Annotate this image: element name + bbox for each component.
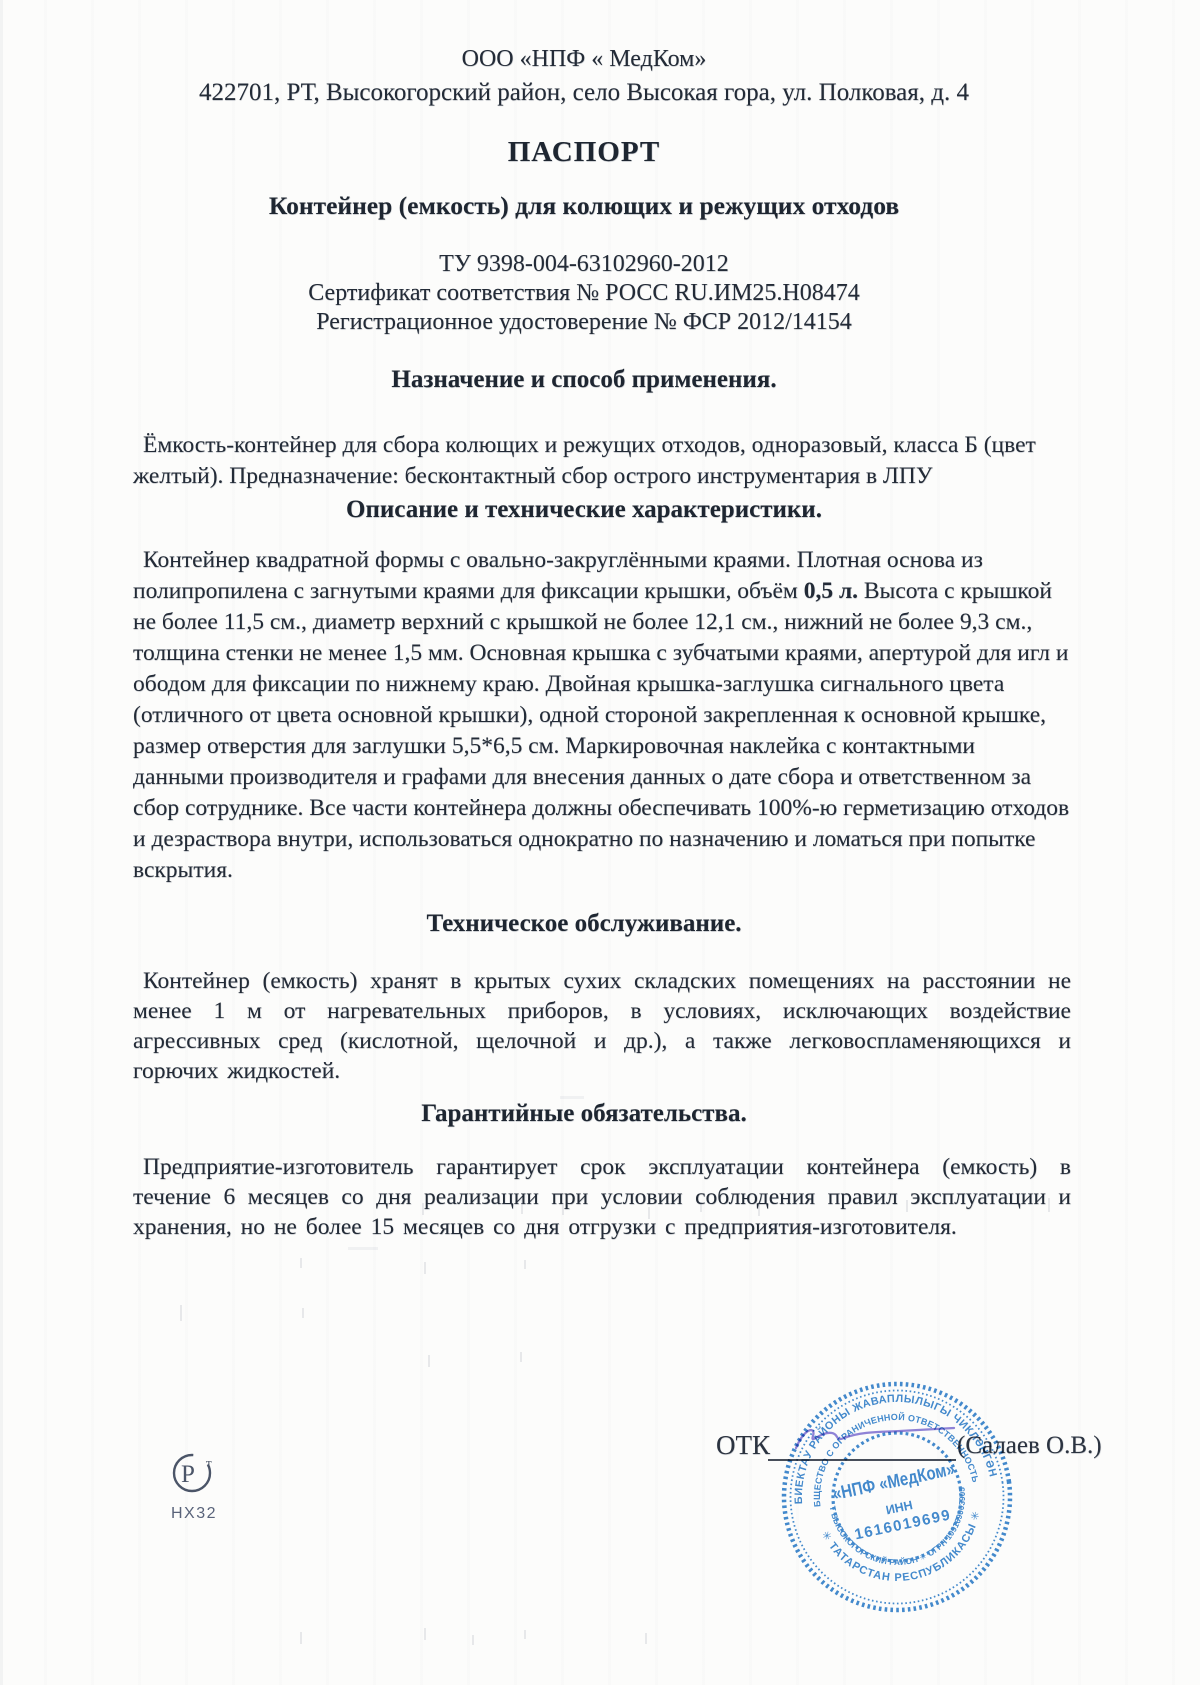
document-subtitle: Контейнер (емкость) для колющих и режущи… — [0, 191, 1168, 221]
company-address: 422701, РТ, Высокогорский район, село Вы… — [0, 79, 1168, 107]
scan-noise-mark — [521, 1200, 523, 1214]
paragraph-warranty: Предприятие-изготовитель гарантирует сро… — [133, 1152, 1071, 1242]
rostest-certification-mark: Р т НХ32 — [156, 1450, 232, 1523]
scan-noise-mark — [180, 1305, 182, 1321]
description-volume-bold: 0,5 л. — [804, 578, 858, 604]
tu-number: ТУ 9398-004-63102960-2012 — [0, 250, 1168, 279]
scan-noise-mark — [524, 1630, 526, 1639]
scan-noise-mark — [562, 1205, 564, 1215]
scan-noise-mark — [300, 1258, 302, 1268]
heading-warranty: Гарантийные обязательства. — [0, 1100, 1168, 1128]
paragraph-maintenance: Контейнер (емкость) хранят в крытых сухи… — [133, 966, 1071, 1086]
scanned-passport-document: { "header": { "company": "ООО «НПФ « Мед… — [0, 0, 1200, 1685]
registration-number: Регистрационное удостоверение № ФСР 2012… — [0, 308, 1168, 337]
pct-gost-icon: Р т — [164, 1450, 224, 1502]
scan-noise-mark — [648, 1207, 650, 1219]
stamp-org-name: «НПФ «МедКом» — [831, 1458, 957, 1504]
scan-noise-mark — [424, 1628, 426, 1640]
scan-noise-mark — [302, 1308, 304, 1318]
scan-noise-smudge — [560, 1096, 584, 1099]
certificate-number: Сертификат соответствия № РОСС RU.ИМ25.Н… — [0, 279, 1168, 308]
document-title: ПАСПОРТ — [0, 136, 1168, 169]
company-name: ООО «НПФ « МедКом» — [0, 46, 1168, 73]
scan-noise-mark — [758, 1204, 760, 1216]
company-round-stamp: БИЕКТАУ РАЙОНЫ ЖАВАПЛЫЛЫГЫ ЧИКЛӘНГӘН ✳ Т… — [779, 1379, 1015, 1615]
scan-noise-mark — [645, 1633, 647, 1644]
scan-noise-mark — [524, 1260, 526, 1269]
scan-noise-mark — [428, 1355, 430, 1367]
heading-description: Описание и технические характеристики. — [0, 496, 1168, 524]
heading-purpose: Назначение и способ применения. — [0, 366, 1168, 394]
otk-label: ОТК — [716, 1430, 770, 1461]
scan-noise-smudge — [348, 1247, 378, 1250]
scan-noise-mark — [424, 1262, 426, 1274]
stamp-center: «НПФ «МедКом» ИНН 1616019699 — [831, 1458, 966, 1546]
scan-noise-mark — [472, 1635, 474, 1645]
scan-noise-mark — [1048, 1198, 1050, 1212]
scan-noise-mark — [300, 1632, 302, 1644]
description-text-2: Высота с крышкой не более 11,5 см., диам… — [133, 578, 1069, 883]
pct-letter-t: т — [206, 1455, 212, 1470]
scan-noise-mark — [520, 1352, 522, 1362]
scan-noise-mark — [422, 1203, 424, 1215]
pct-code: НХ32 — [156, 1505, 232, 1523]
scan-noise-mark — [906, 1200, 908, 1212]
pct-letter-r: Р — [181, 1461, 195, 1488]
paragraph-description: Контейнер квадратной формы с овально-зак… — [133, 545, 1071, 886]
heading-maintenance: Техническое обслуживание. — [0, 910, 1168, 938]
scan-noise-mark — [700, 1202, 702, 1212]
certification-block: ТУ 9398-004-63102960-2012 Сертификат соо… — [0, 250, 1168, 337]
paragraph-purpose: Ёмкость-контейнер для сбора колющих и ре… — [133, 430, 1071, 492]
